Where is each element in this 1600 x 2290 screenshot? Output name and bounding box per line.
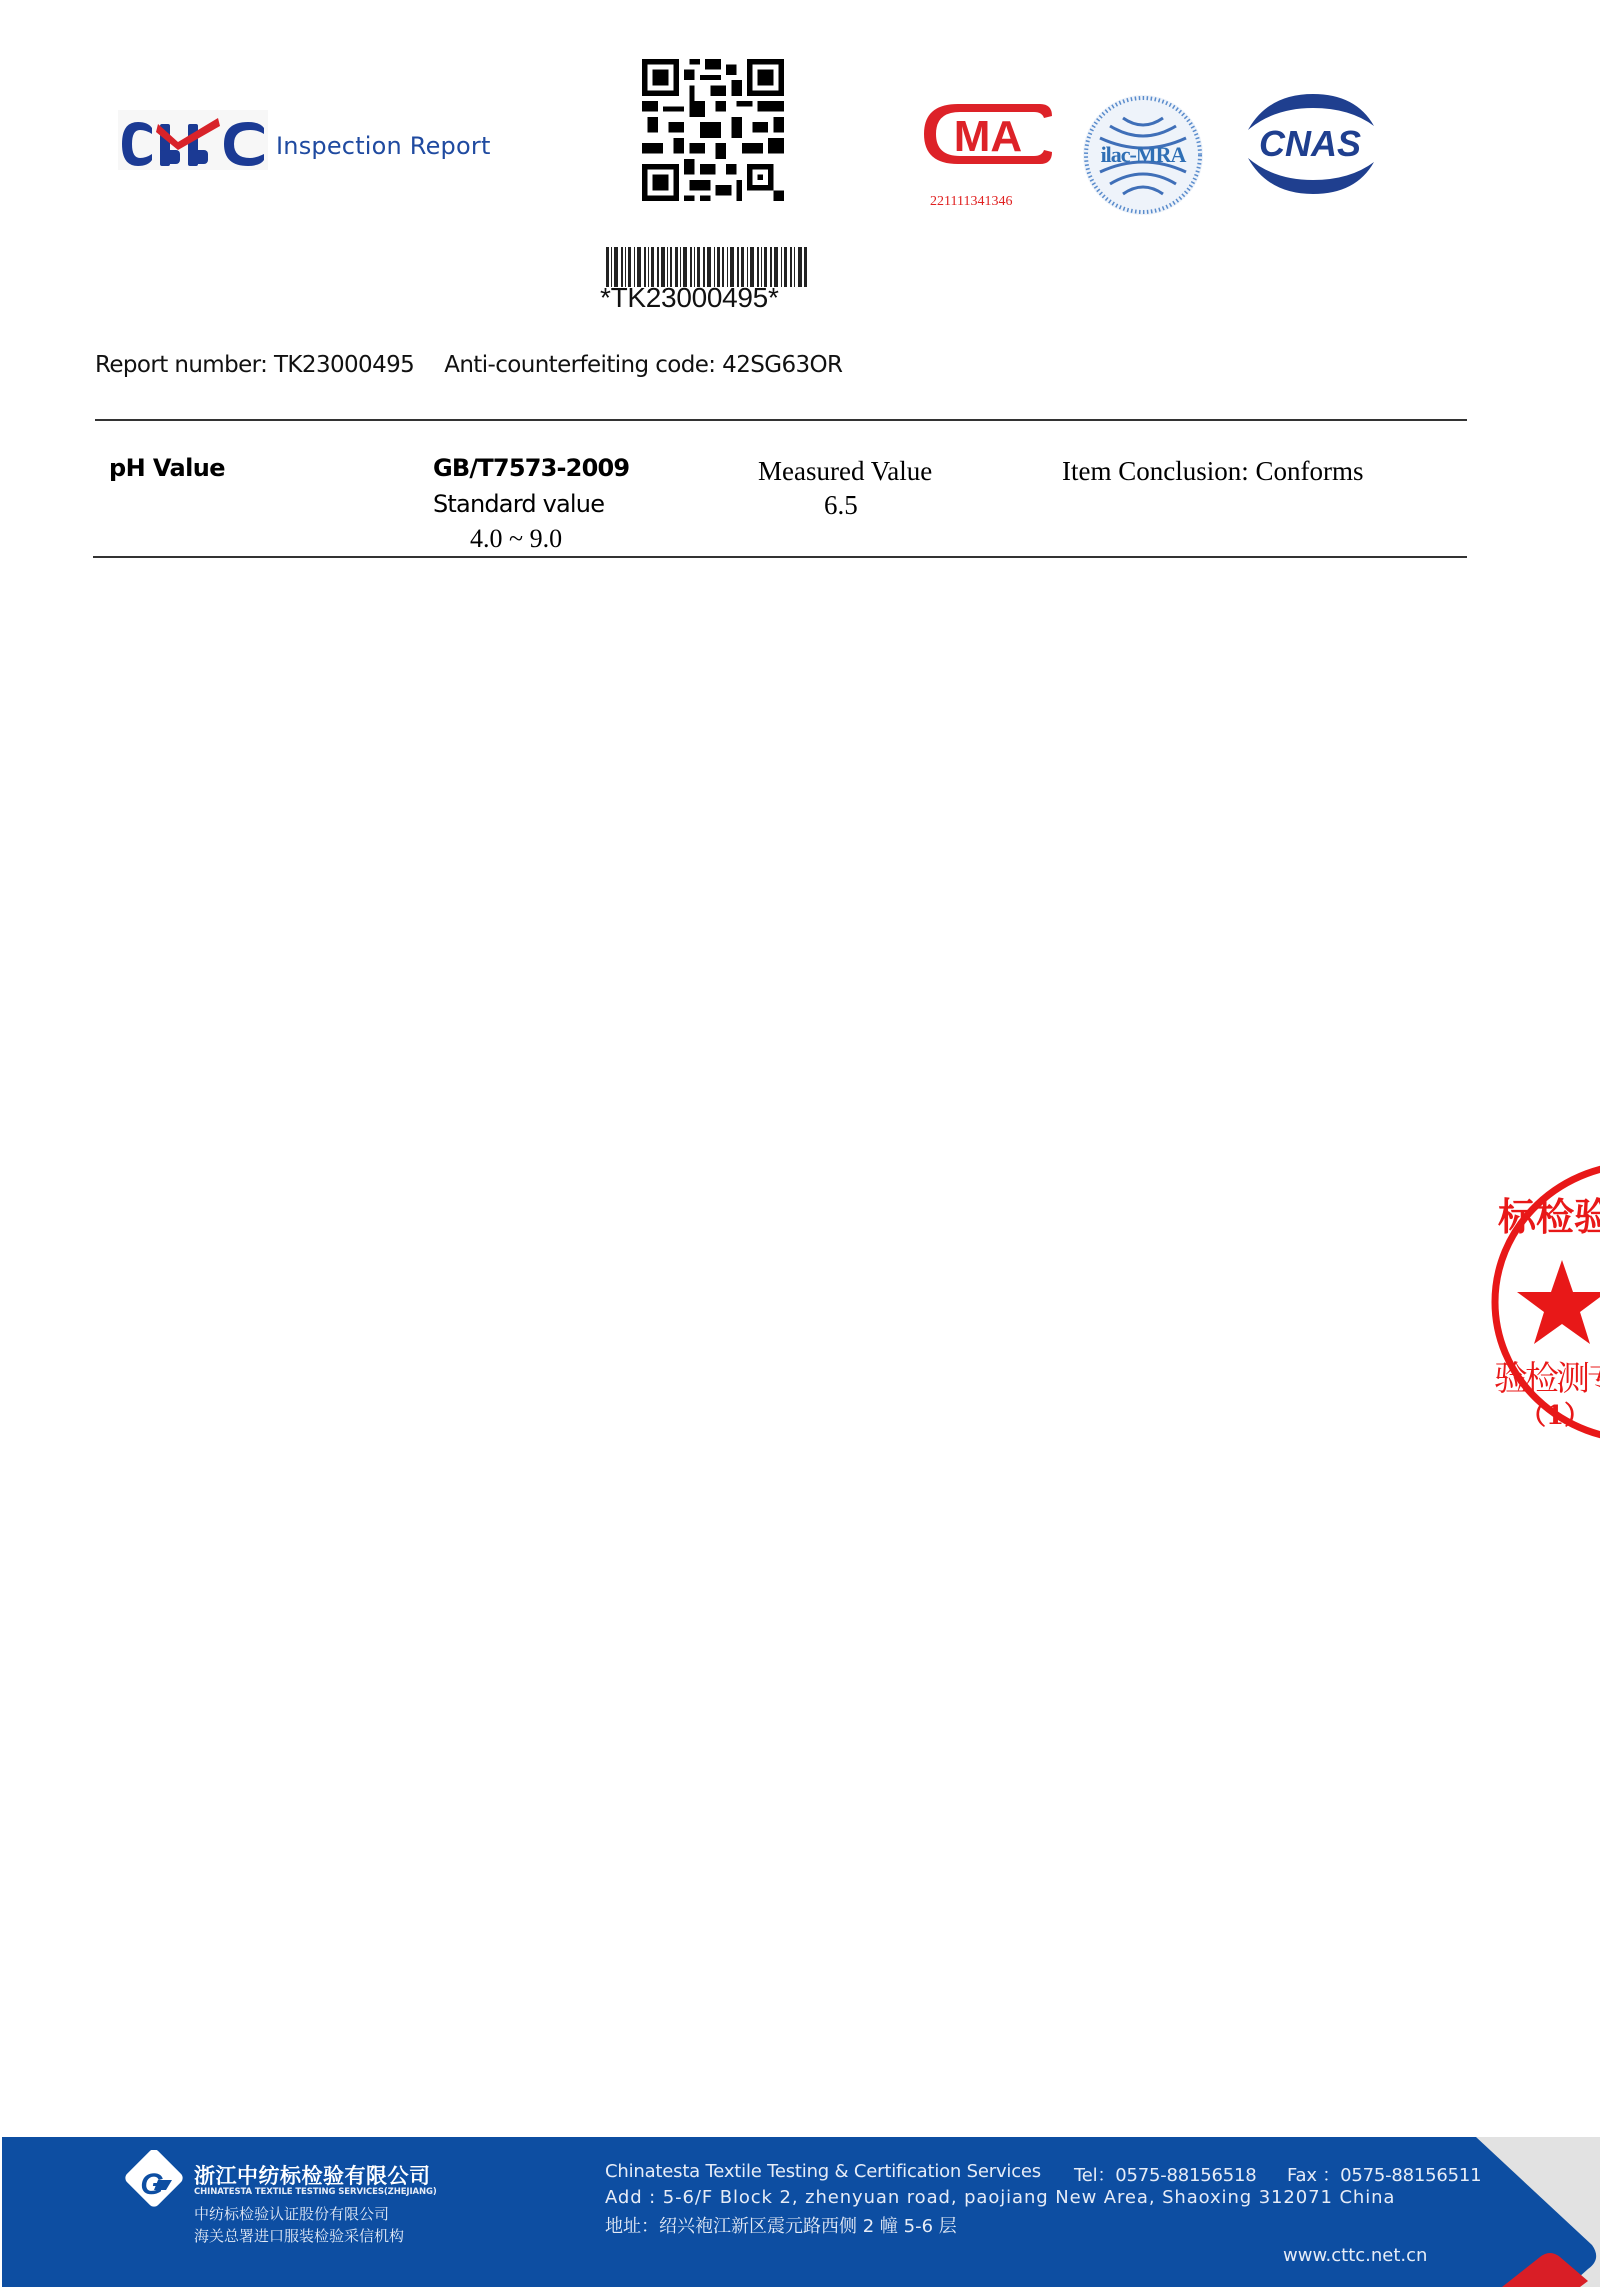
svg-text:CNAS: CNAS [1259, 123, 1361, 164]
footer-services-name: Chinatesta Textile Testing & Certificati… [605, 2161, 1041, 2182]
stamp-bottom-text: 验检测专用 [1494, 1359, 1600, 1399]
footer-fax: Fax ：0575-88156511 [1287, 2161, 1481, 2187]
svg-text:MA: MA [954, 112, 1022, 161]
official-seal-stamp-icon: 标检验 验检测专用 （1） [1490, 1152, 1600, 1452]
cma-number: 221111341346 [930, 194, 1012, 210]
measured-value: 6.5 [824, 490, 858, 521]
cnas-certification-icon: CNAS [1238, 90, 1383, 198]
ilac-mra-icon: ilac-MRA [1080, 92, 1206, 218]
anti-counterfeit-code: Anti-counterfeiting code: 42SG63OR [444, 352, 842, 378]
test-method-code: GB/T7573-2009 [433, 454, 629, 482]
item-conclusion: Item Conclusion: Conforms [1062, 456, 1363, 487]
footer-company-en: CHINATESTA TEXTILE TESTING SERVICES(ZHEJ… [194, 2187, 437, 2197]
standard-value-range: 4.0 ~ 9.0 [470, 524, 562, 554]
stamp-top-text: 标检验 [1498, 1195, 1600, 1239]
test-item-name: pH Value [109, 454, 225, 482]
cttc-logo-icon [118, 110, 268, 170]
table-top-rule [95, 419, 1467, 421]
stamp-number: （1） [1520, 1401, 1590, 1431]
barcode-icon [604, 247, 809, 287]
footer-telephone: Tel：0575-88156518 [1074, 2161, 1257, 2187]
barcode-text: *TK23000495* [600, 282, 779, 314]
qr-code-icon [637, 54, 789, 206]
report-type-title: Inspection Report [276, 132, 491, 160]
footer-website-link[interactable]: www.cttc.net.cn [1283, 2245, 1427, 2266]
table-bottom-rule [93, 556, 1467, 558]
footer-address-cn: 地址：绍兴袍江新区震元路西侧 2 幢 5-6 层 [605, 2212, 957, 2238]
cma-certification-icon: MA [918, 96, 1058, 172]
report-number: Report number: TK23000495 [95, 352, 414, 378]
report-identifiers: Report number: TK23000495Anti-counterfei… [95, 352, 842, 378]
measured-value-label: Measured Value [758, 456, 932, 487]
footer-parent-company-cn: 中纺标检验认证股份有限公司 [194, 2203, 389, 2224]
footer-customs-cn: 海关总署进口服装检验采信机构 [194, 2225, 404, 2246]
svg-text:ilac-MRA: ilac-MRA [1101, 142, 1187, 167]
footer-company-cn: 浙江中纺标检验有限公司 [194, 2160, 431, 2190]
chinatesta-logo-icon: G [118, 2150, 186, 2218]
standard-value-label: Standard value [433, 490, 604, 518]
footer-address-en: Add : 5-6/F Block 2, zhenyuan road, paoj… [605, 2187, 1395, 2208]
